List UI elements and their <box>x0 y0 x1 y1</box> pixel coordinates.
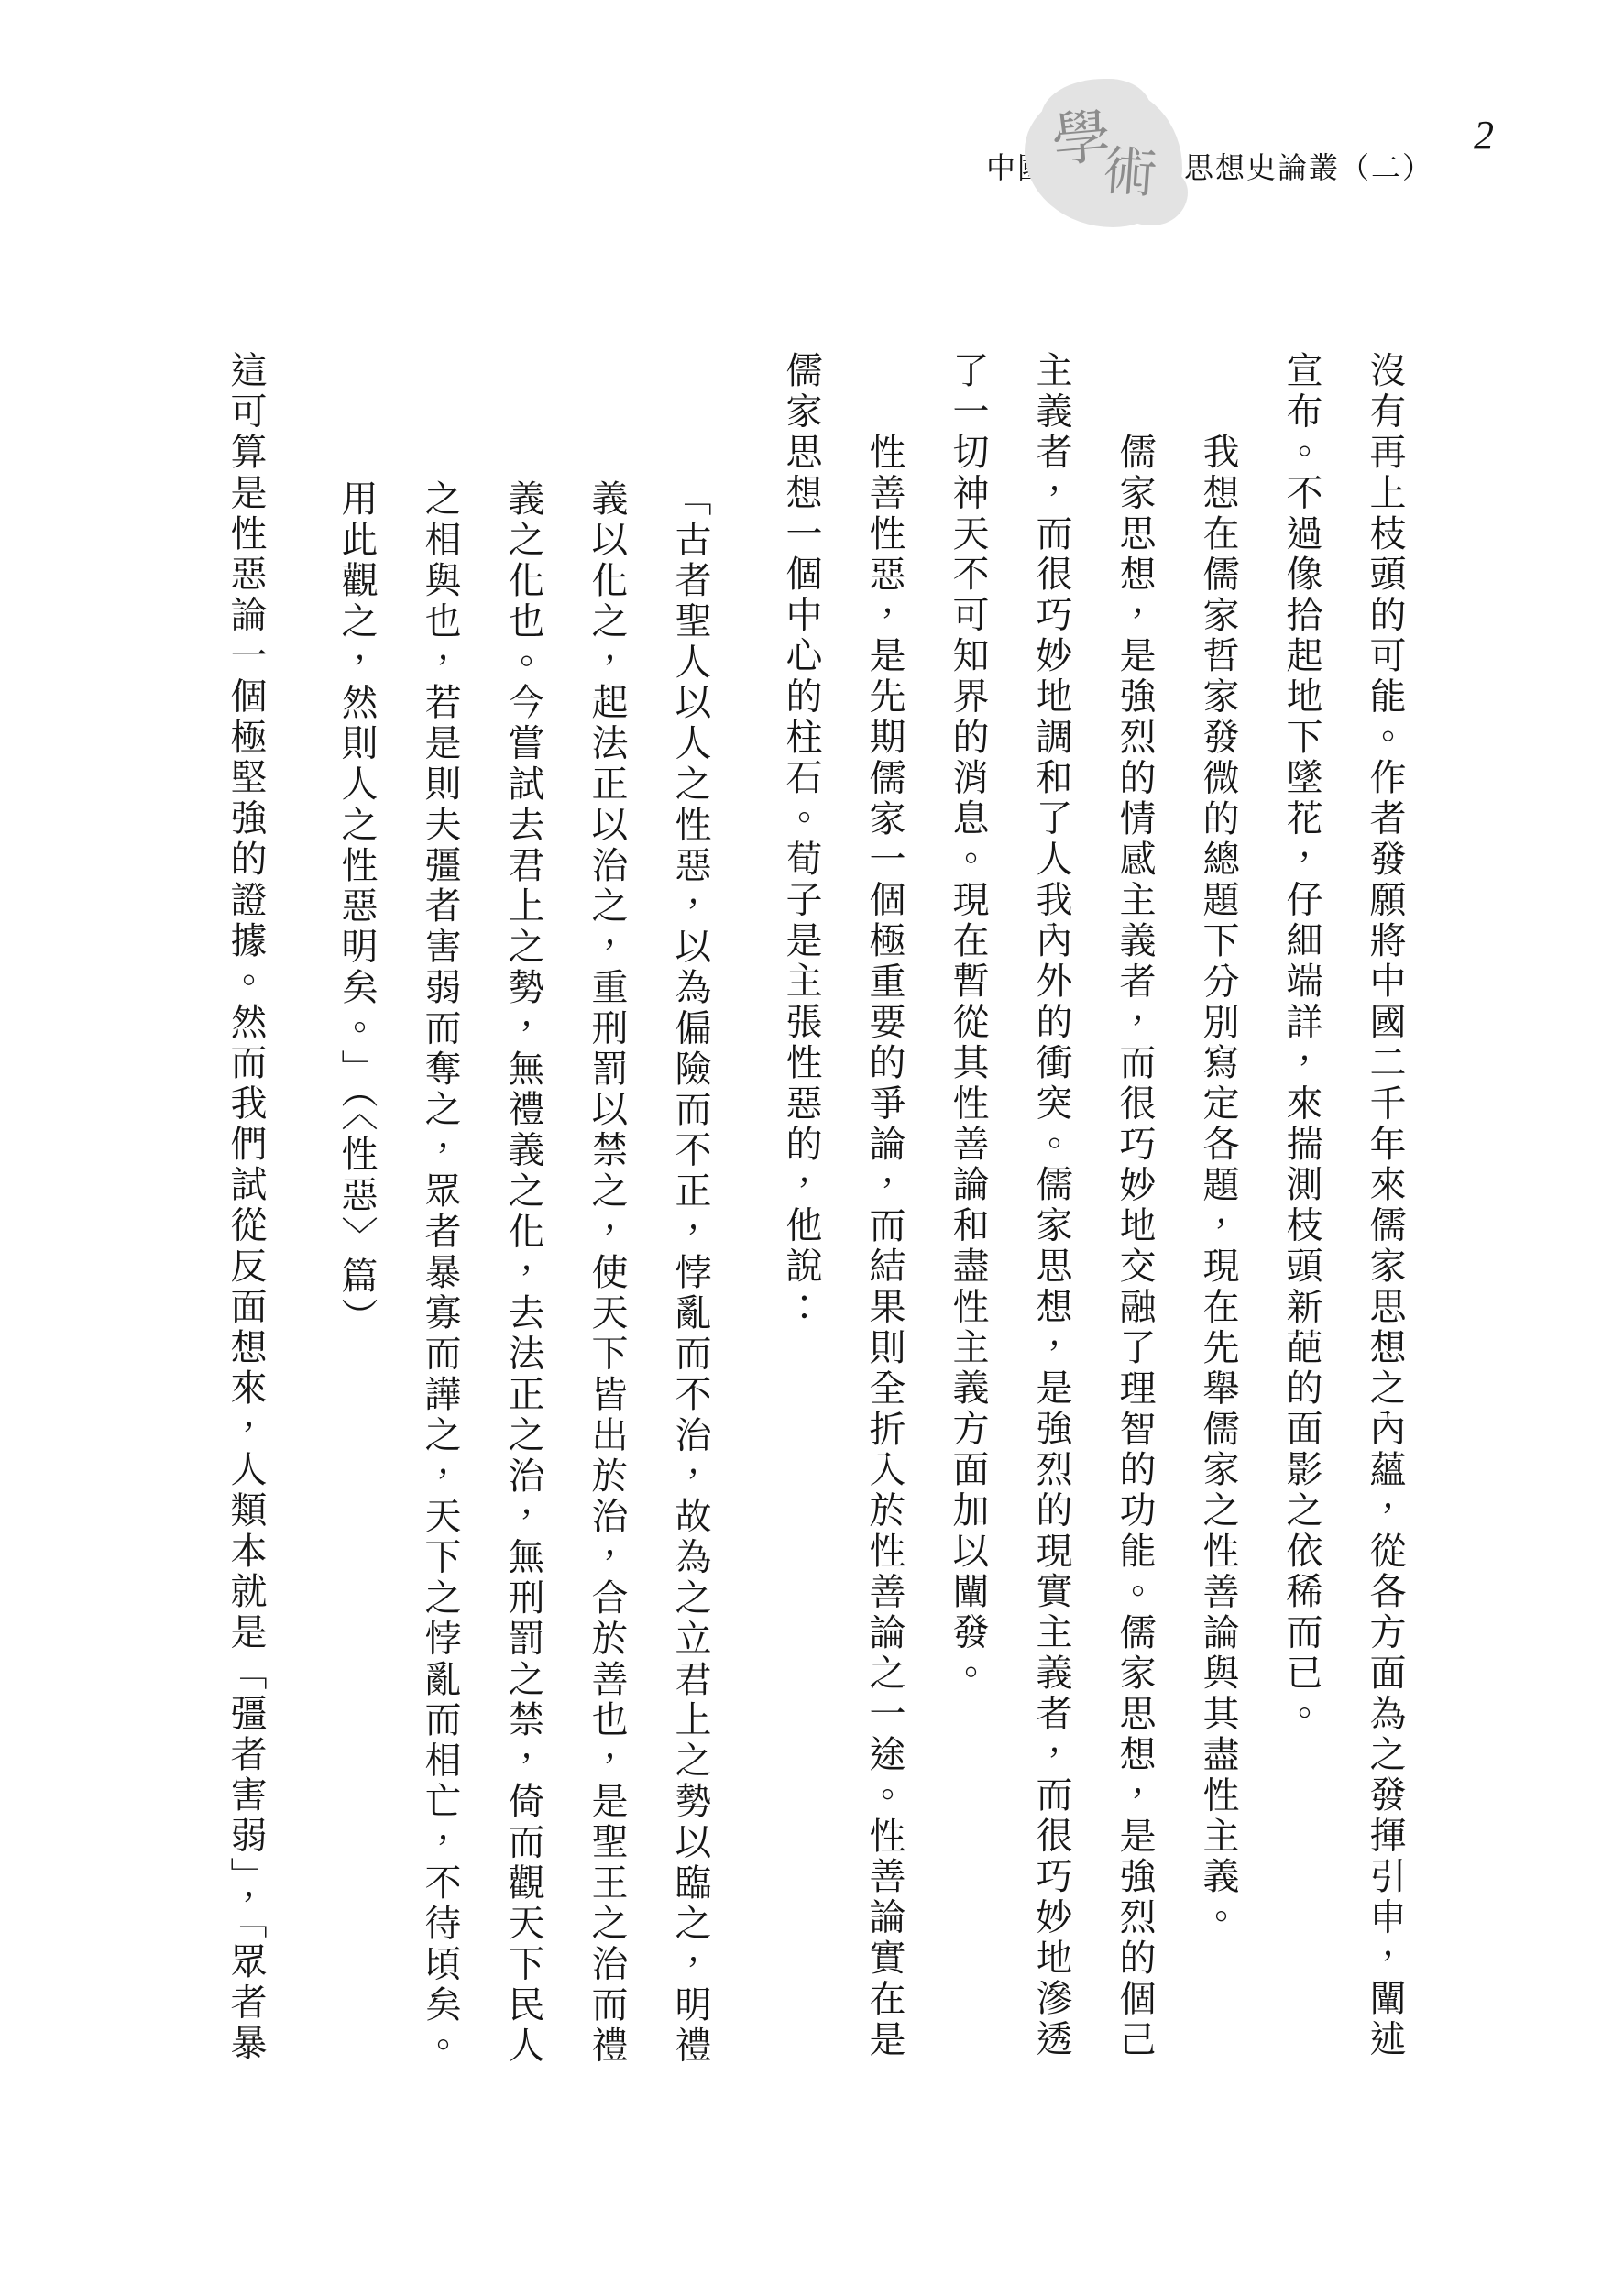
text-column: 我想在儒家哲家發微的總題下分別寫定各題，現在先舉儒家之性善論與其盡性主義。 <box>1177 351 1260 2125</box>
text-column: 儒家思想一個中心的柱石。荀子是主張性惡的，他說： <box>760 351 843 2125</box>
publisher-logo: 學 術 <box>1025 86 1182 227</box>
text-column: 沒有再上枝頭的可能。作者發願將中國二千年來儒家思想之內蘊，從各方面為之發揮引申，… <box>1344 351 1427 2125</box>
text-column: 儒家思想，是強烈的情感主義者，而很巧妙地交融了理智的功能。儒家思想，是強烈的個己 <box>1093 351 1177 2125</box>
text-column: 這可算是性惡論一個極堅強的證據。然而我們試從反面想來，人類本就是「彊者害弱」，「… <box>204 351 288 2125</box>
text-column: 宣布。不過像拾起地下墜花，仔細端詳，來揣測枝頭新葩的面影之依稀而已。 <box>1260 351 1344 2125</box>
text-column: 主義者，而很巧妙地調和了人我內外的衝突。儒家思想，是強烈的現實主義者，而很巧妙地… <box>1010 351 1093 2125</box>
text-column: 了一切神天不可知界的消息。現在暫從其性善論和盡性主義方面加以闡發。 <box>927 351 1010 2125</box>
text-columns: 沒有再上枝頭的可能。作者發願將中國二千年來儒家思想之內蘊，從各方面為之發揮引申，… <box>204 351 1427 2125</box>
book-page: 中國 學 術 思想史論叢（二） 2 沒有再上枝頭的可能。作者發願將中國二千年來儒… <box>0 0 1624 2273</box>
header-series-suffix: 思想史論叢（二） <box>1184 145 1433 187</box>
text-column: 義以化之，起法正以治之，重刑罰以禁之，使天下皆出於治，合於善也，是聖王之治而禮 <box>565 351 649 2125</box>
text-column: 「古者聖人以人之性惡，以為偏險而不正，悖亂而不治，故為之立君上之勢以臨之，明禮 <box>649 351 732 2125</box>
page-number: 2 <box>1474 112 1494 159</box>
logo-calligraphy-shu: 術 <box>1102 145 1158 202</box>
text-column: 之相與也，若是則夫彊者害弱而奪之，眾者暴寡而譁之，天下之悖亂而相亡，不待頃矣。 <box>399 351 482 2125</box>
text-column: 義之化也。今嘗試去君上之勢，無禮義之化，去法正之治，無刑罰之禁，倚而觀天下民人 <box>482 351 565 2125</box>
text-column: 性善性惡，是先期儒家一個極重要的爭論，而結果則全折入於性善論之一途。性善論實在是 <box>843 351 927 2125</box>
text-column: 用此觀之，然則人之性惡明矣。」（〈性惡〉篇） <box>315 351 399 2125</box>
